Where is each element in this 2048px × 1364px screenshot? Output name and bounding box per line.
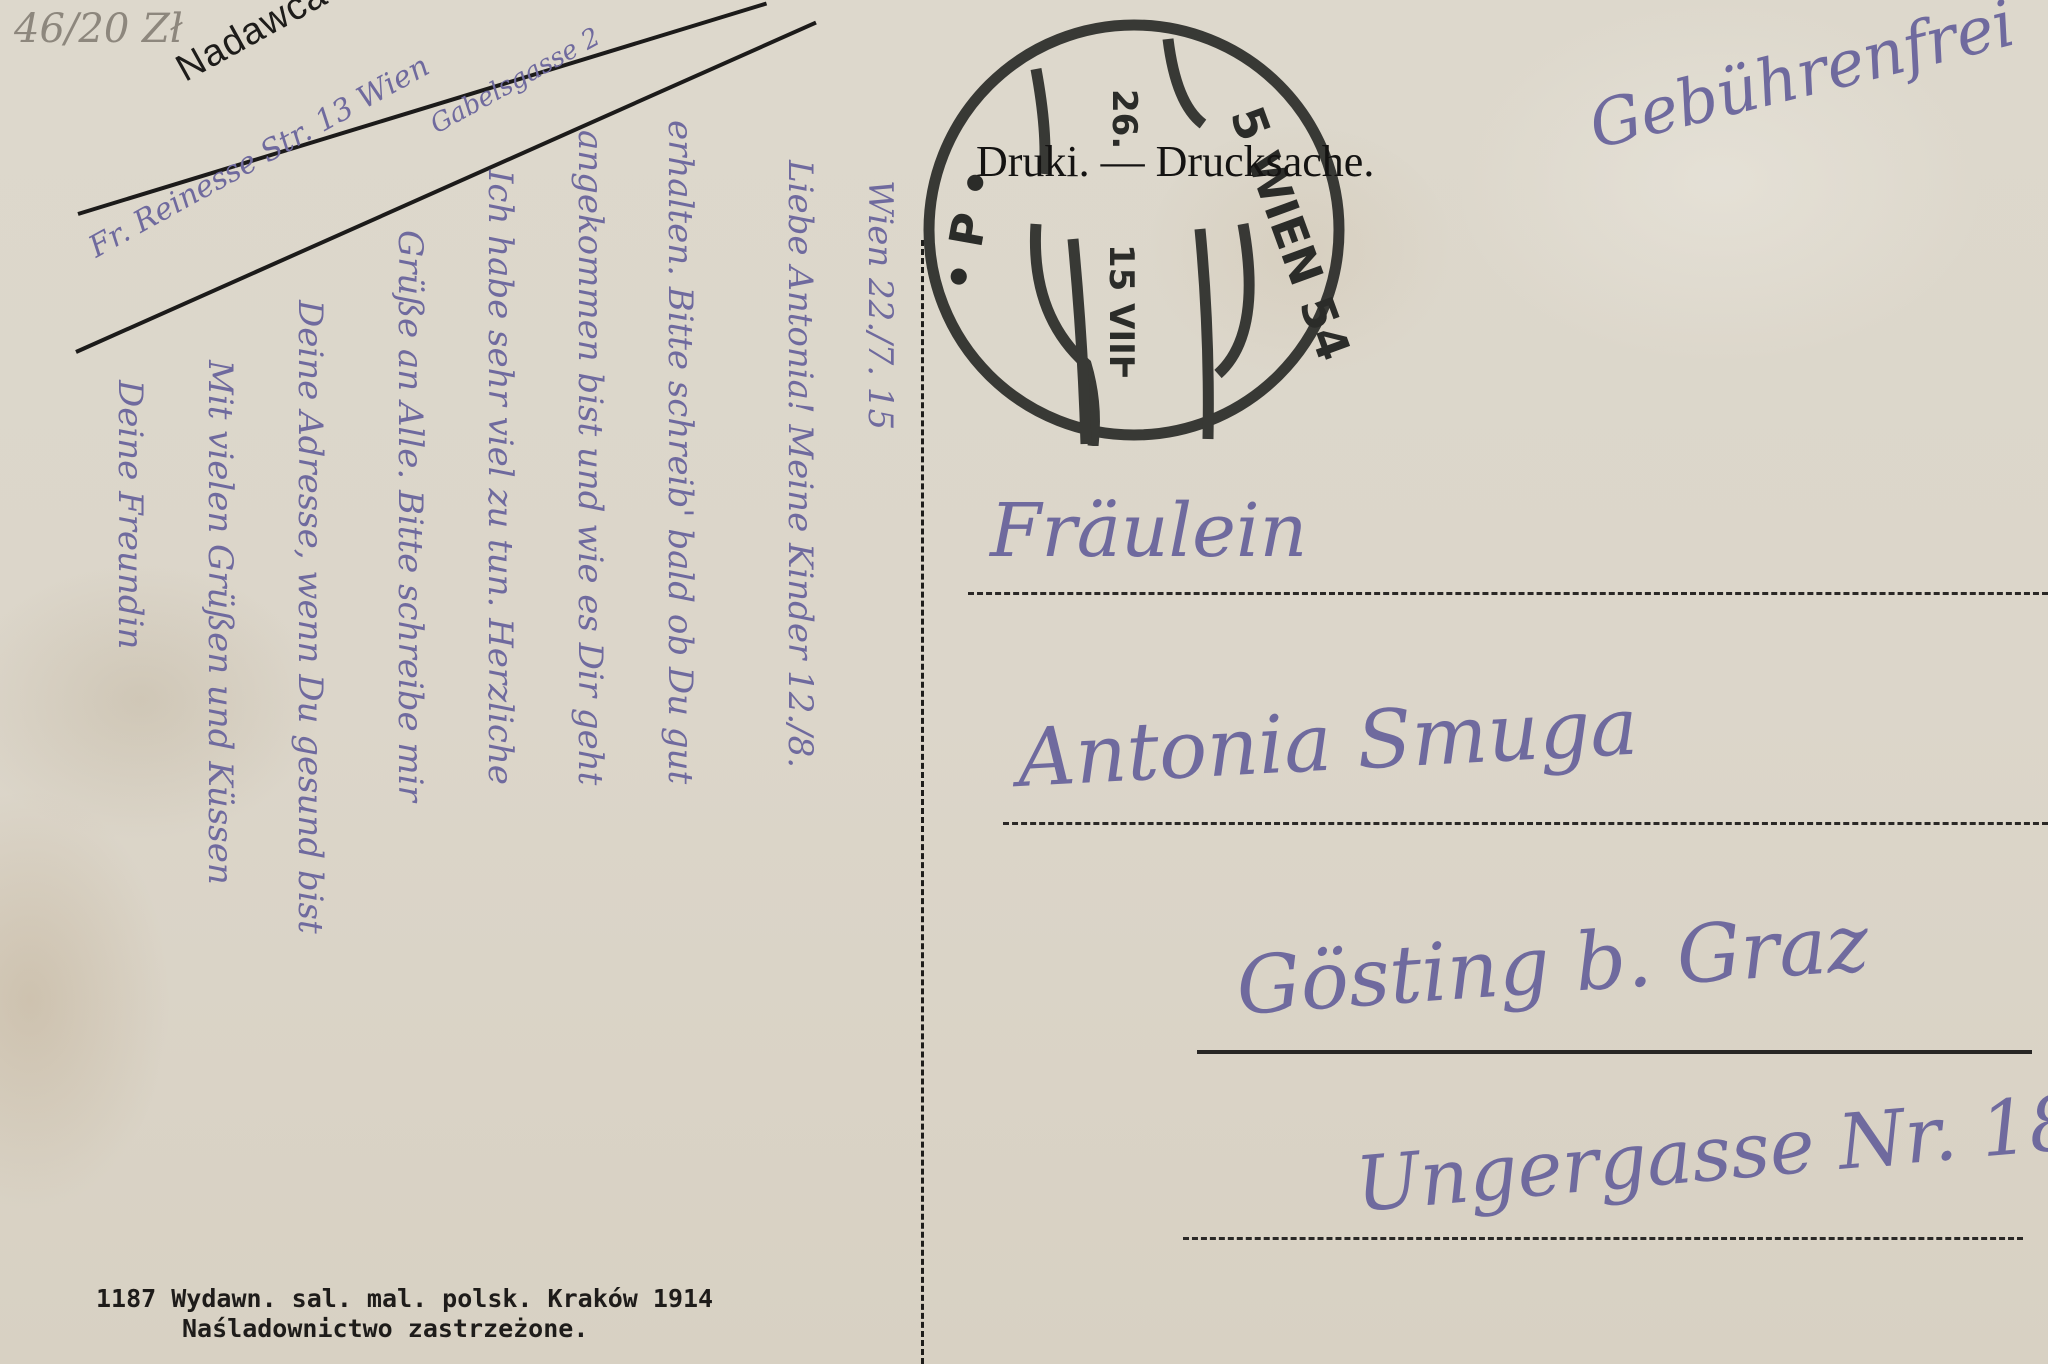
message-line: Deine Freundin <box>110 380 150 649</box>
publisher-line-1: 1187 Wydawn. sal. mal. polsk. Kraków 191… <box>96 1284 713 1313</box>
pencil-note: 46/20 Zł <box>14 6 183 52</box>
address-line-1: Fräulein <box>990 488 1307 574</box>
svg-text:–: – <box>1104 359 1150 379</box>
corner-note: Gebührenfrei <box>1582 0 2022 164</box>
address-line-2: Antonia Smuga <box>1015 680 1640 805</box>
sender-handwriting-1: Fr. Reinesse Str. 13 Wien <box>83 48 435 265</box>
address-dashed-line-1 <box>968 592 2048 595</box>
postmark-stamp: 5 WIEN 54 • P • 26. 15 VIII – <box>918 14 1350 446</box>
address-dashed-line-2 <box>1003 822 2048 825</box>
sender-label: Nadawca <box>169 0 335 91</box>
address-line-4: Ungergasse Nr. 183 <box>1352 1073 2048 1229</box>
message-line: Liebe Antonia! Meine Kinder 12./8. <box>780 160 820 768</box>
publisher-line-2: Naśladownictwo zastrzeżone. <box>96 1314 713 1344</box>
address-line-3: Gösting b. Graz <box>1234 896 1872 1033</box>
message-dateline: Wien 22./7. 15 <box>860 180 900 430</box>
message-line: Deine Adresse, wenn Du gesund bist <box>290 300 330 934</box>
message-line: Grüße an Alle. Bitte schreibe mir <box>390 230 430 802</box>
postcard-back: 46/20 Zł Nadawca Fr. Reinesse Str. 13 Wi… <box>0 0 2048 1364</box>
address-solid-line <box>1197 1050 2032 1054</box>
svg-text:15 VIII: 15 VIII <box>1101 244 1141 367</box>
postmark-icon: 5 WIEN 54 • P • 26. 15 VIII – <box>918 14 1350 446</box>
message-line: angekommen bist und wie es Dir geht <box>570 130 610 785</box>
message-line: erhalten. Bitte schreib' bald ob Du gut <box>660 120 700 784</box>
sender-handwriting-2: Gabelsgasse 2 <box>425 22 605 140</box>
printed-matter-header: Druki. — Drucksache. <box>976 136 1374 187</box>
address-dashed-line-3 <box>1183 1237 2023 1240</box>
publisher-imprint: 1187 Wydawn. sal. mal. polsk. Kraków 191… <box>96 1284 713 1344</box>
message-line: Mit vielen Grüßen und Küssen <box>200 360 240 885</box>
message-line: Ich habe sehr viel zu tun. Herzliche <box>480 170 520 785</box>
